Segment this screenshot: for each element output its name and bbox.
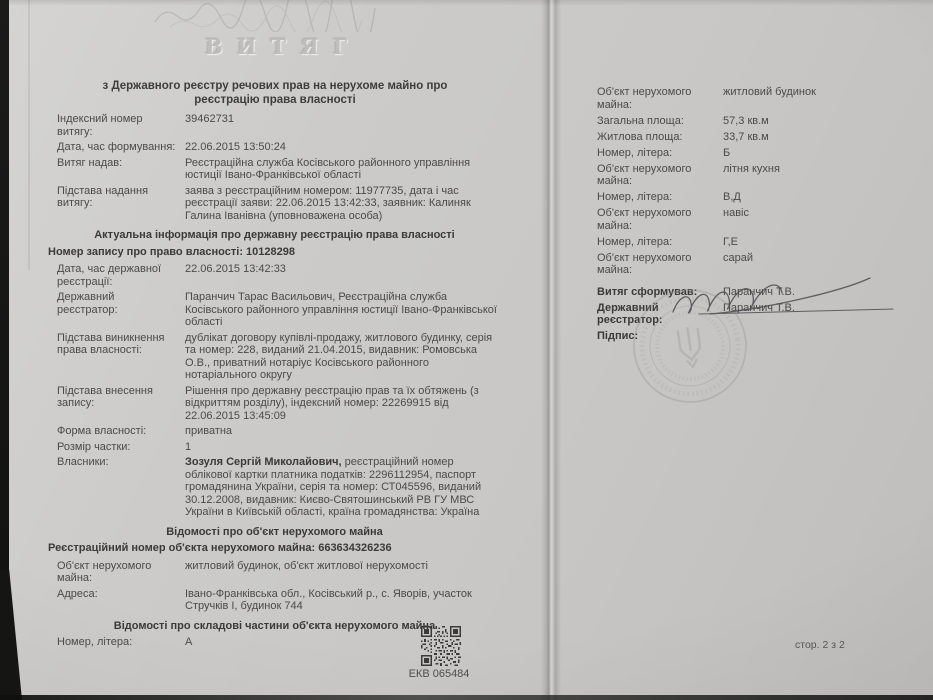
field-row-ownership-form: Форма власності: приватна (48, 425, 501, 438)
field-value: житловий будинок, об'єкт житлової нерухо… (185, 560, 501, 585)
field-label: Номер, літера: (597, 236, 723, 249)
scanned-document: ВИТЯГ з Державного реєстру речових прав … (0, 0, 933, 700)
field-label: Розмір частки: (57, 441, 185, 454)
field-label: Загальна площа: (597, 115, 723, 128)
registrar-signature (615, 272, 915, 332)
field-value: 33,7 кв.м (723, 131, 897, 144)
field-row-share-size: Розмір частки: 1 (48, 441, 501, 454)
field-row-issued-by: Витяг надав: Реєстраційна служба Косівсь… (48, 157, 501, 182)
field-row-owners: Власники: Зозуля Сергій Миколайович, реє… (48, 456, 501, 519)
field-row-extract-basis: Підстава надання витягу: заява з реєстра… (48, 185, 501, 223)
field-value: Г,Е (723, 236, 897, 249)
field-row-registration-date: Дата, час державної реєстрації: 22.06.20… (48, 263, 501, 288)
field-label: Дата, час формування: (57, 141, 185, 154)
field-value: літня кухня (723, 163, 897, 188)
field-value: Рішення про державну реєстрацію прав та … (185, 385, 501, 423)
field-value: 22.06.2015 13:42:33 (185, 263, 501, 288)
field-row-number-letter: Номер, літера: Г,Е (597, 236, 897, 249)
field-value: житловий будинок (723, 86, 897, 111)
field-label: Державний реєстратор: (57, 291, 185, 329)
field-label: Підстава виникнення права власності: (57, 332, 185, 382)
trident-icon (677, 326, 702, 368)
field-value: приватна (185, 425, 501, 438)
field-value: Реєстраційна служба Косівського районног… (185, 157, 501, 182)
object-registration-number-line: Реєстраційний номер об'єкта нерухомого м… (48, 542, 501, 555)
left-page-content: Індексний номер витягу: 39462731 Дата, ч… (48, 113, 501, 652)
field-row-object-type: Об'єкт нерухомого майна: житловий будино… (48, 560, 501, 585)
field-label: Об'єкт нерухомого майна: (597, 163, 723, 188)
blank-form-code: ЕКВ 065484 (383, 668, 495, 680)
guilloche-ornament-icon (150, 0, 400, 32)
field-row-entry-basis: Підстава внесення запису: Рішення про де… (48, 385, 501, 423)
qr-code-icon (421, 626, 461, 666)
field-row-living-area: Житлова площа: 33,7 кв.м (597, 131, 897, 144)
field-value: заява з реєстраційним номером: 11977735,… (185, 185, 501, 223)
field-row-address: Адреса: Івано-Франківська обл., Косівськ… (48, 588, 501, 613)
field-label: Житлова площа: (597, 131, 723, 144)
field-label: Номер, літера: (597, 147, 723, 160)
document-title-line1: з Державного реєстру речових прав на нер… (103, 80, 448, 92)
field-label: Об'єкт нерухомого майна: (57, 560, 185, 585)
field-row-formation-date: Дата, час формування: 22.06.2015 13:50:2… (48, 141, 501, 154)
field-label: Підстава внесення запису: (57, 385, 185, 423)
field-value: 1 (185, 441, 501, 454)
field-row-state-registrar: Державний реєстратор: Паранчич Тарас Вас… (48, 291, 501, 329)
owner-name: Зозуля Сергій Миколайович, (185, 456, 342, 468)
document-title-line2: реєстрацію права власності (194, 94, 355, 106)
field-value: Б (723, 147, 897, 160)
record-number-line: Номер запису про право власності: 101282… (48, 246, 501, 259)
field-label: Номер, літера: (57, 636, 185, 649)
page-number: стор. 2 з 2 (795, 639, 845, 651)
watermark-vytiah: ВИТЯГ (0, 34, 552, 59)
field-row-index-number: Індексний номер витягу: 39462731 (48, 113, 501, 138)
photo-left-corner-shadow (0, 570, 22, 700)
field-row-ownership-basis: Підстава виникнення права власності: дуб… (48, 332, 501, 382)
field-value: дублікат договору купівлі-продажу, житло… (185, 332, 501, 382)
page-fold-line (541, 0, 561, 700)
field-row-object-type: Об'єкт нерухомого майна: навіс (597, 207, 897, 232)
field-label: Дата, час державної реєстрації: (57, 263, 185, 288)
field-row-number-letter: Номер, літера: В,Д (597, 191, 897, 204)
field-row-object-type: Об'єкт нерухомого майна: житловий будино… (597, 86, 897, 111)
field-row-number-letter: Номер, літера: Б (597, 147, 897, 160)
field-label: Адреса: (57, 588, 185, 613)
field-label: Індексний номер витягу: (57, 113, 185, 138)
field-label: Об'єкт нерухомого майна: (597, 207, 723, 232)
field-value: Паранчич Тарас Васильович, Реєстраційна … (185, 291, 501, 329)
field-value: 39462731 (185, 113, 501, 138)
field-label: Підстава надання витягу: (57, 185, 185, 223)
field-label: Витяг надав: (57, 157, 185, 182)
field-value: 22.06.2015 13:50:24 (185, 141, 501, 154)
field-row-total-area: Загальна площа: 57,3 кв.м (597, 115, 897, 128)
field-value: Зозуля Сергій Миколайович, реєстраційний… (185, 456, 501, 519)
field-label: Власники: (57, 456, 185, 519)
section-heading-actual-info: Актуальна інформація про державну реєстр… (48, 229, 501, 242)
field-value: навіс (723, 207, 897, 232)
field-value: В,Д (723, 191, 897, 204)
field-row-object-type: Об'єкт нерухомого майна: літня кухня (597, 163, 897, 188)
field-value: Івано-Франківська обл., Косівський р., с… (185, 588, 501, 613)
section-heading-object-info: Відомості про об'єкт нерухомого майна (48, 526, 501, 539)
document-title: з Державного реєстру речових прав на нер… (40, 79, 510, 107)
field-label: Об'єкт нерухомого майна: (597, 86, 723, 111)
field-label: Номер, літера: (597, 191, 723, 204)
photo-bottom-edge (0, 695, 933, 700)
field-value: 57,3 кв.м (723, 115, 897, 128)
field-label: Форма власності: (57, 425, 185, 438)
